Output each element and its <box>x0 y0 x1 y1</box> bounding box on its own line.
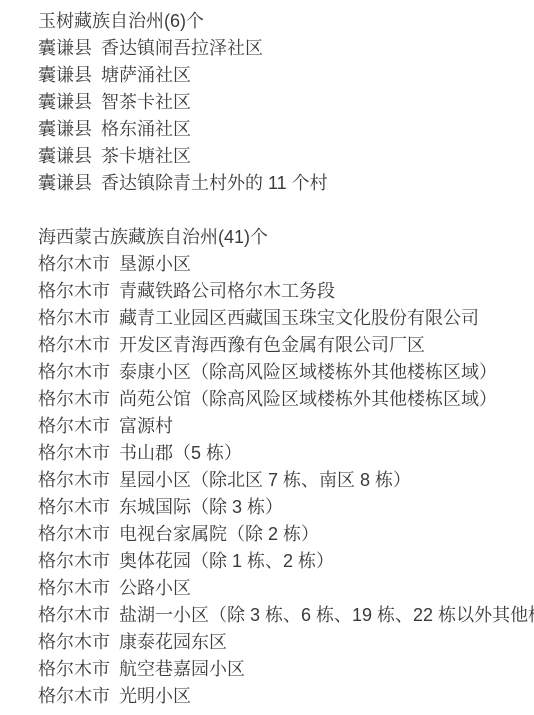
area-row: 格尔木市藏青工业园区西藏国玉珠宝文化股份有限公司 <box>38 305 528 332</box>
area-label: 茶卡塘社区 <box>101 143 191 170</box>
county-label: 格尔木市 <box>38 386 110 413</box>
county-label: 格尔木市 <box>38 494 110 521</box>
area-label: 泰康小区（除高风险区域楼栋外其他楼栋区域） <box>119 359 497 386</box>
risk-area-list: 玉树藏族自治州(6)个 囊谦县香达镇闹吾拉泽社区 囊谦县塘萨涌社区 囊谦县智茶卡… <box>0 0 534 710</box>
county-label: 格尔木市 <box>38 251 110 278</box>
county-label: 格尔木市 <box>38 602 110 629</box>
area-label: 富源村 <box>119 413 173 440</box>
county-label: 格尔木市 <box>38 278 110 305</box>
county-label: 格尔木市 <box>38 332 110 359</box>
area-row: 格尔木市电视台家属院（除 2 栋） <box>38 521 528 548</box>
area-row: 囊谦县香达镇除青土村外的 11 个村 <box>38 170 528 197</box>
area-label: 尚苑公馆（除高风险区域楼栋外其他楼栋区域） <box>119 386 497 413</box>
county-label: 格尔木市 <box>38 629 110 656</box>
area-row: 囊谦县塘萨涌社区 <box>38 62 528 89</box>
area-label: 格东涌社区 <box>101 116 191 143</box>
area-label: 垦源小区 <box>119 251 191 278</box>
prefecture-section: 海西蒙古族藏族自治州(41)个 格尔木市垦源小区 格尔木市青藏铁路公司格尔木工务… <box>38 224 528 710</box>
county-label: 格尔木市 <box>38 413 110 440</box>
area-label: 康泰花园东区 <box>119 629 227 656</box>
area-row: 格尔木市富源村 <box>38 413 528 440</box>
area-row: 囊谦县智茶卡社区 <box>38 89 528 116</box>
area-row: 格尔木市奥体花园（除 1 栋、2 栋） <box>38 548 528 575</box>
area-label: 香达镇闹吾拉泽社区 <box>101 35 263 62</box>
county-label: 格尔木市 <box>38 683 110 710</box>
county-label: 格尔木市 <box>38 467 110 494</box>
area-row: 格尔木市东城国际（除 3 栋） <box>38 494 528 521</box>
area-label: 塘萨涌社区 <box>101 62 191 89</box>
county-label: 格尔木市 <box>38 548 110 575</box>
area-row: 格尔木市开发区青海西豫有色金属有限公司厂区 <box>38 332 528 359</box>
area-row: 格尔木市青藏铁路公司格尔木工务段 <box>38 278 528 305</box>
prefecture-header: 玉树藏族自治州(6)个 <box>38 8 528 35</box>
county-label: 格尔木市 <box>38 305 110 332</box>
area-row: 格尔木市公路小区 <box>38 575 528 602</box>
area-row: 格尔木市光明小区 <box>38 683 528 710</box>
area-label: 东城国际（除 3 栋） <box>119 494 283 521</box>
area-row: 格尔木市盐湖一小区（除 3 栋、6 栋、19 栋、22 栋以外其他楼栋） <box>38 602 528 629</box>
area-label: 开发区青海西豫有色金属有限公司厂区 <box>119 332 425 359</box>
area-label: 电视台家属院（除 2 栋） <box>119 521 319 548</box>
county-label: 格尔木市 <box>38 656 110 683</box>
county-label: 囊谦县 <box>38 35 92 62</box>
area-label: 书山郡（5 栋） <box>119 440 242 467</box>
area-row: 格尔木市泰康小区（除高风险区域楼栋外其他楼栋区域） <box>38 359 528 386</box>
area-label: 航空巷嘉园小区 <box>119 656 245 683</box>
area-row: 格尔木市垦源小区 <box>38 251 528 278</box>
county-label: 囊谦县 <box>38 143 92 170</box>
area-label: 星园小区（除北区 7 栋、南区 8 栋） <box>119 467 411 494</box>
county-label: 格尔木市 <box>38 359 110 386</box>
area-row: 格尔木市航空巷嘉园小区 <box>38 656 528 683</box>
area-row: 格尔木市星园小区（除北区 7 栋、南区 8 栋） <box>38 467 528 494</box>
prefecture-header: 海西蒙古族藏族自治州(41)个 <box>38 224 528 251</box>
county-label: 囊谦县 <box>38 170 92 197</box>
area-row: 格尔木市尚苑公馆（除高风险区域楼栋外其他楼栋区域） <box>38 386 528 413</box>
area-label: 奥体花园（除 1 栋、2 栋） <box>119 548 334 575</box>
area-label: 公路小区 <box>119 575 191 602</box>
county-label: 格尔木市 <box>38 521 110 548</box>
county-label: 格尔木市 <box>38 440 110 467</box>
document-page: 玉树藏族自治州(6)个 囊谦县香达镇闹吾拉泽社区 囊谦县塘萨涌社区 囊谦县智茶卡… <box>0 0 534 715</box>
area-row: 囊谦县格东涌社区 <box>38 116 528 143</box>
county-label: 囊谦县 <box>38 62 92 89</box>
area-label: 青藏铁路公司格尔木工务段 <box>119 278 335 305</box>
prefecture-section: 玉树藏族自治州(6)个 囊谦县香达镇闹吾拉泽社区 囊谦县塘萨涌社区 囊谦县智茶卡… <box>38 8 528 197</box>
area-label: 藏青工业园区西藏国玉珠宝文化股份有限公司 <box>119 305 479 332</box>
area-row: 囊谦县香达镇闹吾拉泽社区 <box>38 35 528 62</box>
area-row: 囊谦县茶卡塘社区 <box>38 143 528 170</box>
area-label: 智茶卡社区 <box>101 89 191 116</box>
area-label: 盐湖一小区（除 3 栋、6 栋、19 栋、22 栋以外其他楼栋） <box>119 602 534 629</box>
area-label: 香达镇除青土村外的 11 个村 <box>101 170 328 197</box>
area-row: 格尔木市康泰花园东区 <box>38 629 528 656</box>
area-label: 光明小区 <box>119 683 191 710</box>
county-label: 囊谦县 <box>38 116 92 143</box>
area-row: 格尔木市书山郡（5 栋） <box>38 440 528 467</box>
county-label: 格尔木市 <box>38 575 110 602</box>
county-label: 囊谦县 <box>38 89 92 116</box>
